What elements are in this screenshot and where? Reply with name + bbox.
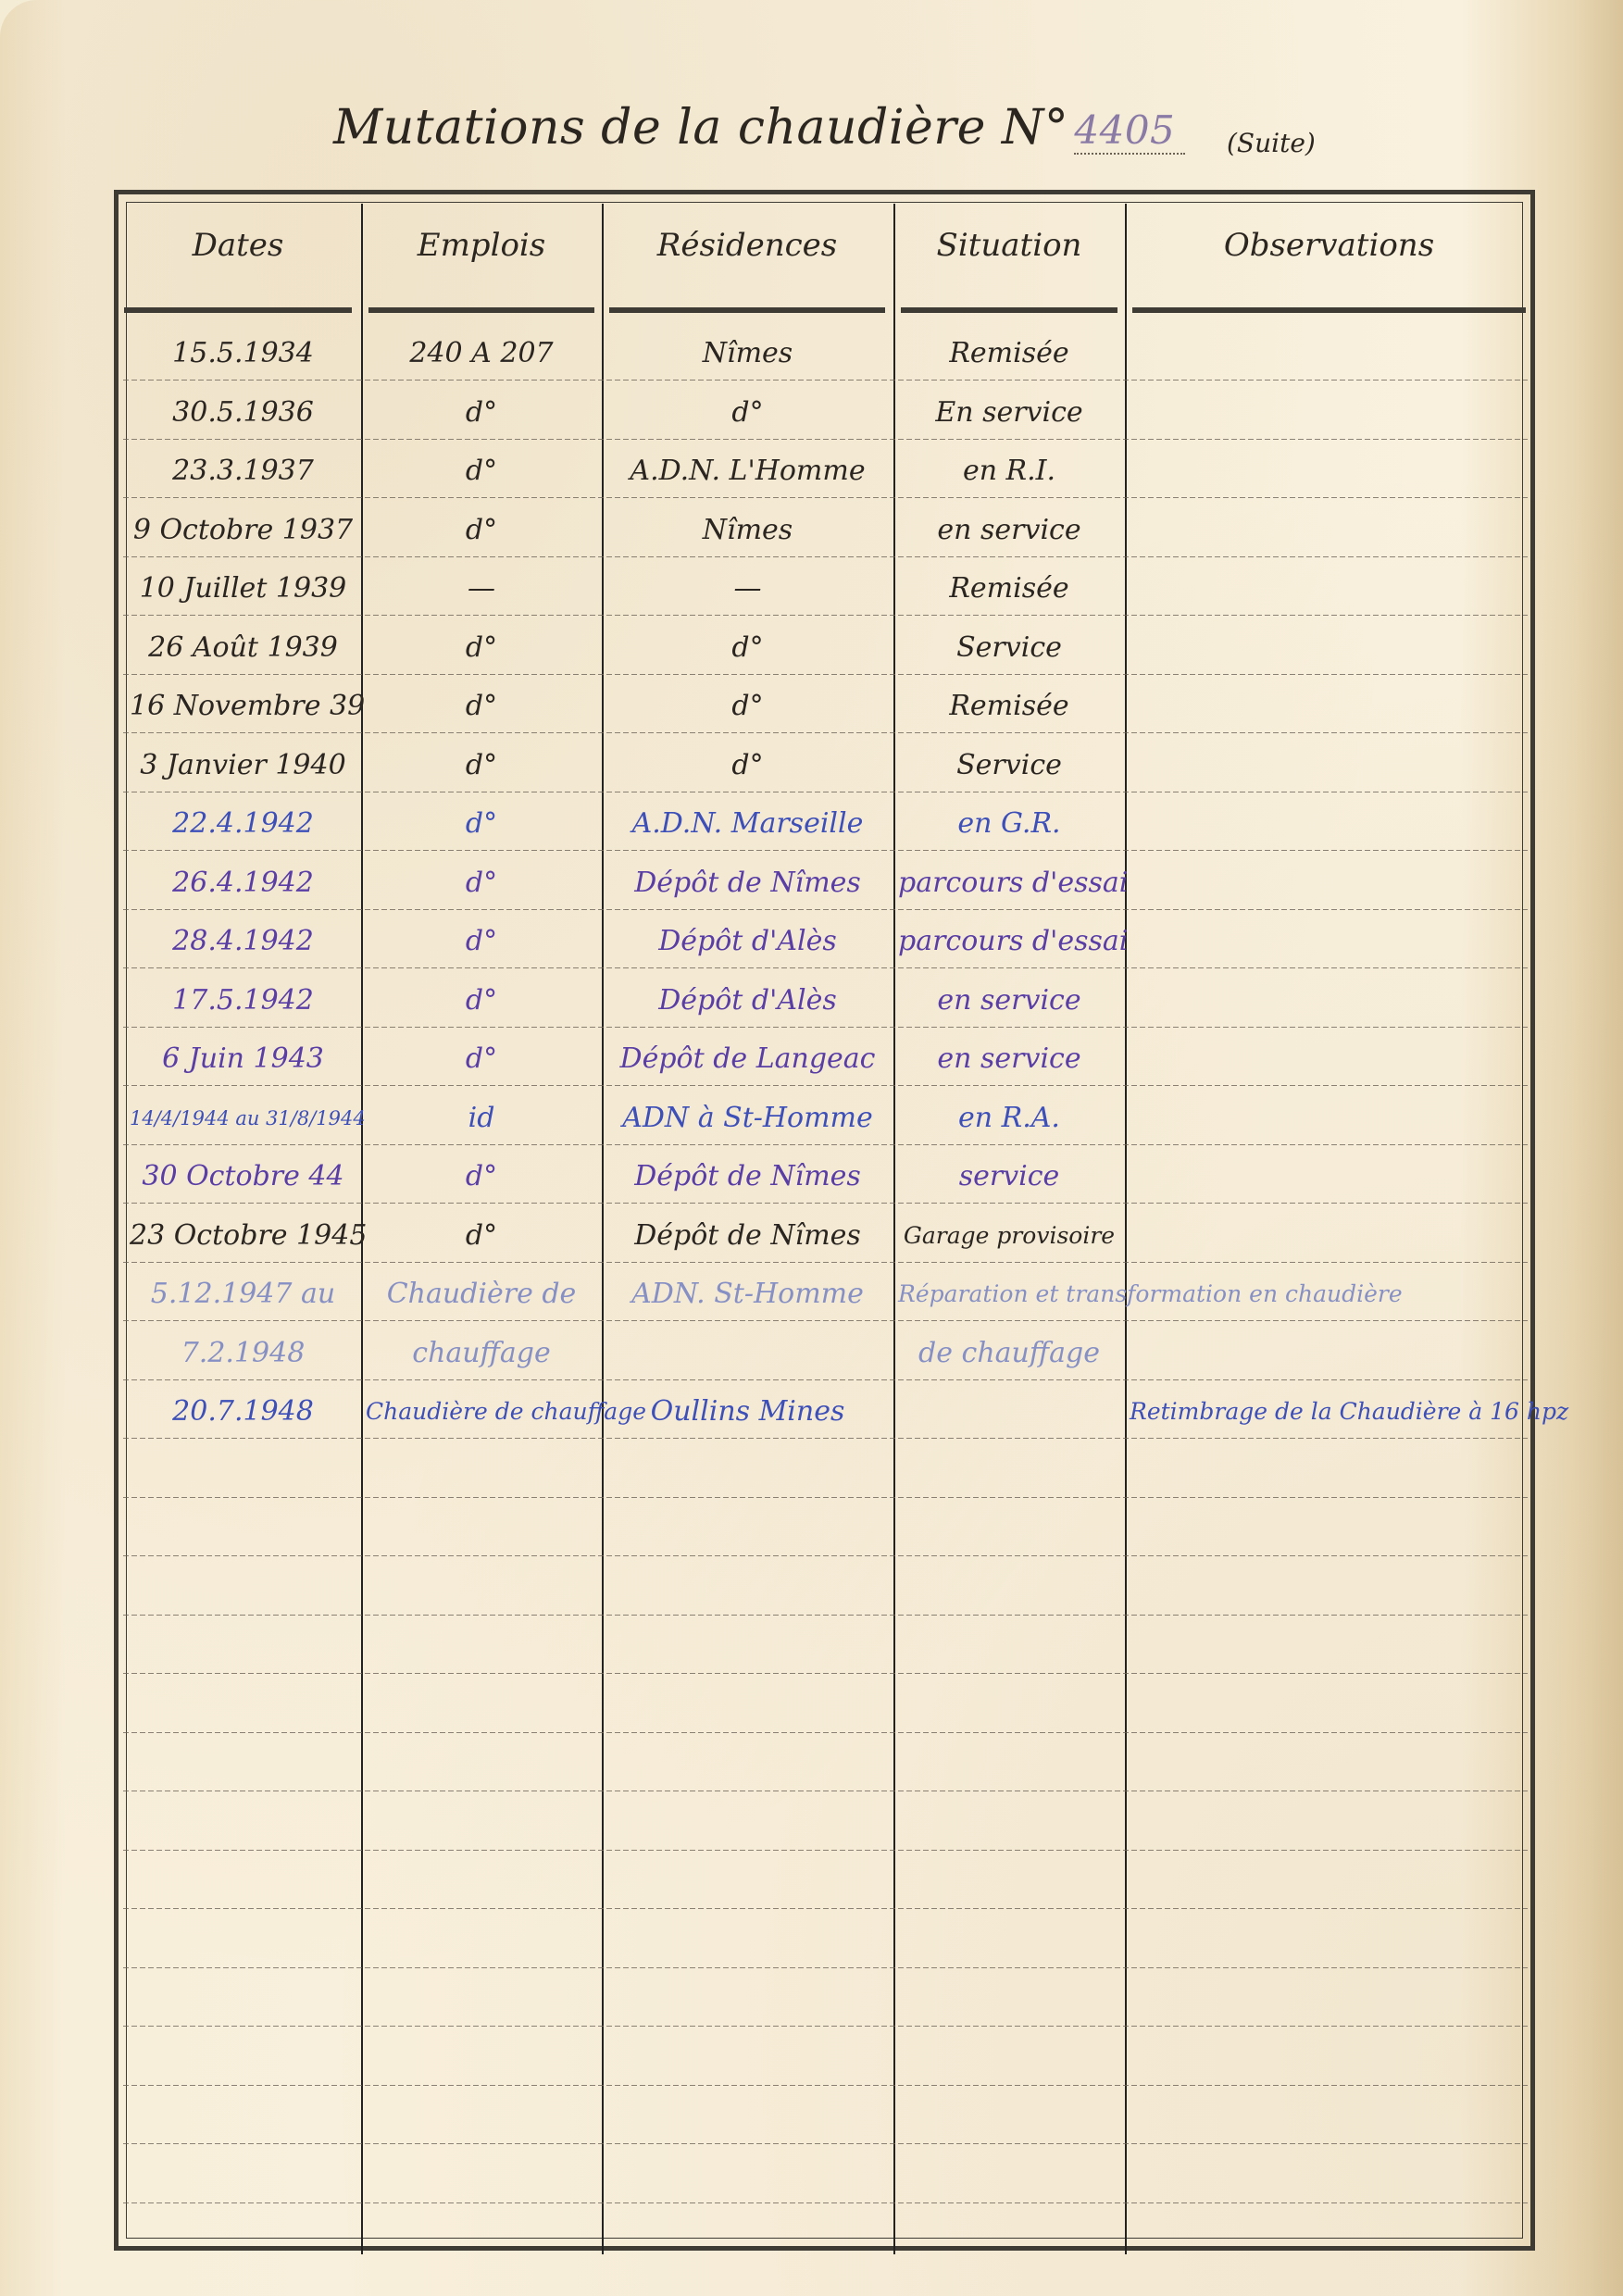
emploi-cell: d° [366,445,597,497]
row-rule [123,1262,1528,1263]
situation-cell: Service [898,622,1120,674]
residence-cell: ADN. St-Homme [606,1268,889,1320]
emploi-cell: d° [366,505,597,556]
row-rule [123,850,1528,851]
header-rule [901,307,1117,313]
date-cell: 20.7.1948 [130,1386,356,1438]
emploi-cell: d° [366,622,597,674]
emploi-cell: d° [366,1033,597,1085]
situation-cell: Remisée [898,563,1120,615]
emploi-cell: d° [366,1151,597,1203]
residence-cell: Nîmes [606,505,889,556]
date-cell: 9 Octobre 1937 [130,505,356,556]
date-cell: 23 Octobre 1945 [130,1210,356,1262]
row-rule [123,439,1528,440]
row-rule [123,1850,1528,1851]
date-cell: 10 Juillet 1939 [130,563,356,615]
column-header-residences: Résidences [609,227,885,273]
emploi-cell: d° [366,857,597,909]
emploi-cell: id [366,1092,597,1144]
residence-cell: — [606,563,889,615]
row-rule [123,1144,1528,1145]
residence-cell: d° [606,740,889,792]
row-rule [123,2085,1528,2086]
situation-cell: parcours d'essai [898,857,1120,909]
row-rule [123,2202,1528,2203]
residence-cell: Dépôt d'Alès [606,916,889,967]
row-rule [123,556,1528,557]
residence-cell: A.D.N. L'Homme [606,445,889,497]
row-rule [123,1615,1528,1616]
emploi-cell: d° [366,1210,597,1262]
situation-cell: de chauffage [898,1328,1120,1379]
column-divider [602,204,604,2254]
column-divider [893,204,895,2254]
boiler-number: 4405 [1074,107,1185,155]
situation-cell: en service [898,975,1120,1027]
date-cell: 14/4/1944 au 31/8/1944 [130,1092,356,1144]
row-rule [123,1320,1528,1321]
row-rule [123,674,1528,675]
situation-cell: en service [898,505,1120,556]
situation-cell: Garage provisoire [898,1210,1120,1262]
page-title: Mutations de la chaudière N°4405 [333,100,1185,156]
residence-cell: Oullins Mines [606,1386,889,1438]
row-rule [123,2026,1528,2027]
row-rule [123,1555,1528,1556]
emploi-cell: d° [366,916,597,967]
situation-cell: en R.A. [898,1092,1120,1144]
situation-cell: en R.I. [898,445,1120,497]
row-rule [123,380,1528,381]
column-header-observations: Observations [1132,227,1526,273]
date-cell: 17.5.1942 [130,975,356,1027]
situation-cell: parcours d'essai [898,916,1120,967]
row-rule [123,732,1528,733]
emploi-cell: d° [366,798,597,850]
column-divider [1125,204,1127,2254]
residence-cell: Dépôt de Nîmes [606,1151,889,1203]
residence-cell: d° [606,680,889,732]
emploi-cell: chauffage [366,1328,597,1379]
date-cell: 3 Janvier 1940 [130,740,356,792]
situation-cell: Remisée [898,680,1120,732]
emploi-cell: Chaudière de chauffage [366,1386,597,1438]
date-cell: 28.4.1942 [130,916,356,967]
header-rule [368,307,594,313]
row-rule [123,1673,1528,1674]
emploi-cell: d° [366,387,597,439]
date-cell: 6 Juin 1943 [130,1033,356,1085]
column-header-situation: Situation [901,227,1117,273]
row-rule [123,1203,1528,1204]
emploi-cell: — [366,563,597,615]
date-cell: 16 Novembre 39 [130,680,356,732]
column-header-dates: Dates [124,227,352,273]
situation-cell: en service [898,1033,1120,1085]
date-cell: 7.2.1948 [130,1328,356,1379]
row-rule [123,497,1528,498]
emploi-cell: d° [366,680,597,732]
situation-cell: service [898,1151,1120,1203]
residence-cell: ADN à St-Homme [606,1092,889,1144]
header-rule [609,307,885,313]
row-rule [123,792,1528,792]
date-cell: 5.12.1947 au [130,1268,356,1320]
date-cell: 26.4.1942 [130,857,356,909]
observation-cell: Retimbrage de la Chaudière à 16 hpz [1130,1386,1528,1438]
suite-label: (Suite) [1227,128,1316,158]
residence-cell: Dépôt de Langeac [606,1033,889,1085]
residence-cell: d° [606,622,889,674]
emploi-cell: Chaudière de [366,1268,597,1320]
row-rule [123,1379,1528,1380]
emploi-cell: d° [366,975,597,1027]
row-rule [123,615,1528,616]
residence-cell: Dépôt d'Alès [606,975,889,1027]
situation-cell: En service [898,387,1120,439]
header-rule [124,307,352,313]
row-rule [123,909,1528,910]
row-rule [123,967,1528,968]
residence-cell: Nîmes [606,328,889,380]
column-header-emplois: Emplois [368,227,594,273]
row-rule [123,1085,1528,1086]
row-rule [123,1438,1528,1439]
row-rule [123,1497,1528,1498]
residence-cell: d° [606,387,889,439]
row-rule [123,2143,1528,2144]
situation-cell: en G.R. [898,798,1120,850]
date-cell: 23.3.1937 [130,445,356,497]
date-cell: 26 Août 1939 [130,622,356,674]
situation-cell: Remisée [898,328,1120,380]
emploi-cell: 240 A 207 [366,328,597,380]
residence-cell: Dépôt de Nîmes [606,857,889,909]
date-cell: 30.5.1936 [130,387,356,439]
ledger-page: Mutations de la chaudière N°4405 (Suite)… [0,0,1623,2296]
row-rule [123,1967,1528,1968]
row-rule [123,1732,1528,1733]
row-rule [123,1027,1528,1028]
row-rule [123,1791,1528,1791]
residence-cell: Dépôt de Nîmes [606,1210,889,1262]
date-cell: 15.5.1934 [130,328,356,380]
residence-cell: A.D.N. Marseille [606,798,889,850]
row-rule [123,1908,1528,1909]
situation-cell: Réparation et transformation en chaudièr… [898,1268,1528,1320]
date-cell: 22.4.1942 [130,798,356,850]
emploi-cell: d° [366,740,597,792]
header-rule [1132,307,1526,313]
title-text: Mutations de la chaudière N° [333,100,1068,156]
situation-cell: Service [898,740,1120,792]
date-cell: 30 Octobre 44 [130,1151,356,1203]
